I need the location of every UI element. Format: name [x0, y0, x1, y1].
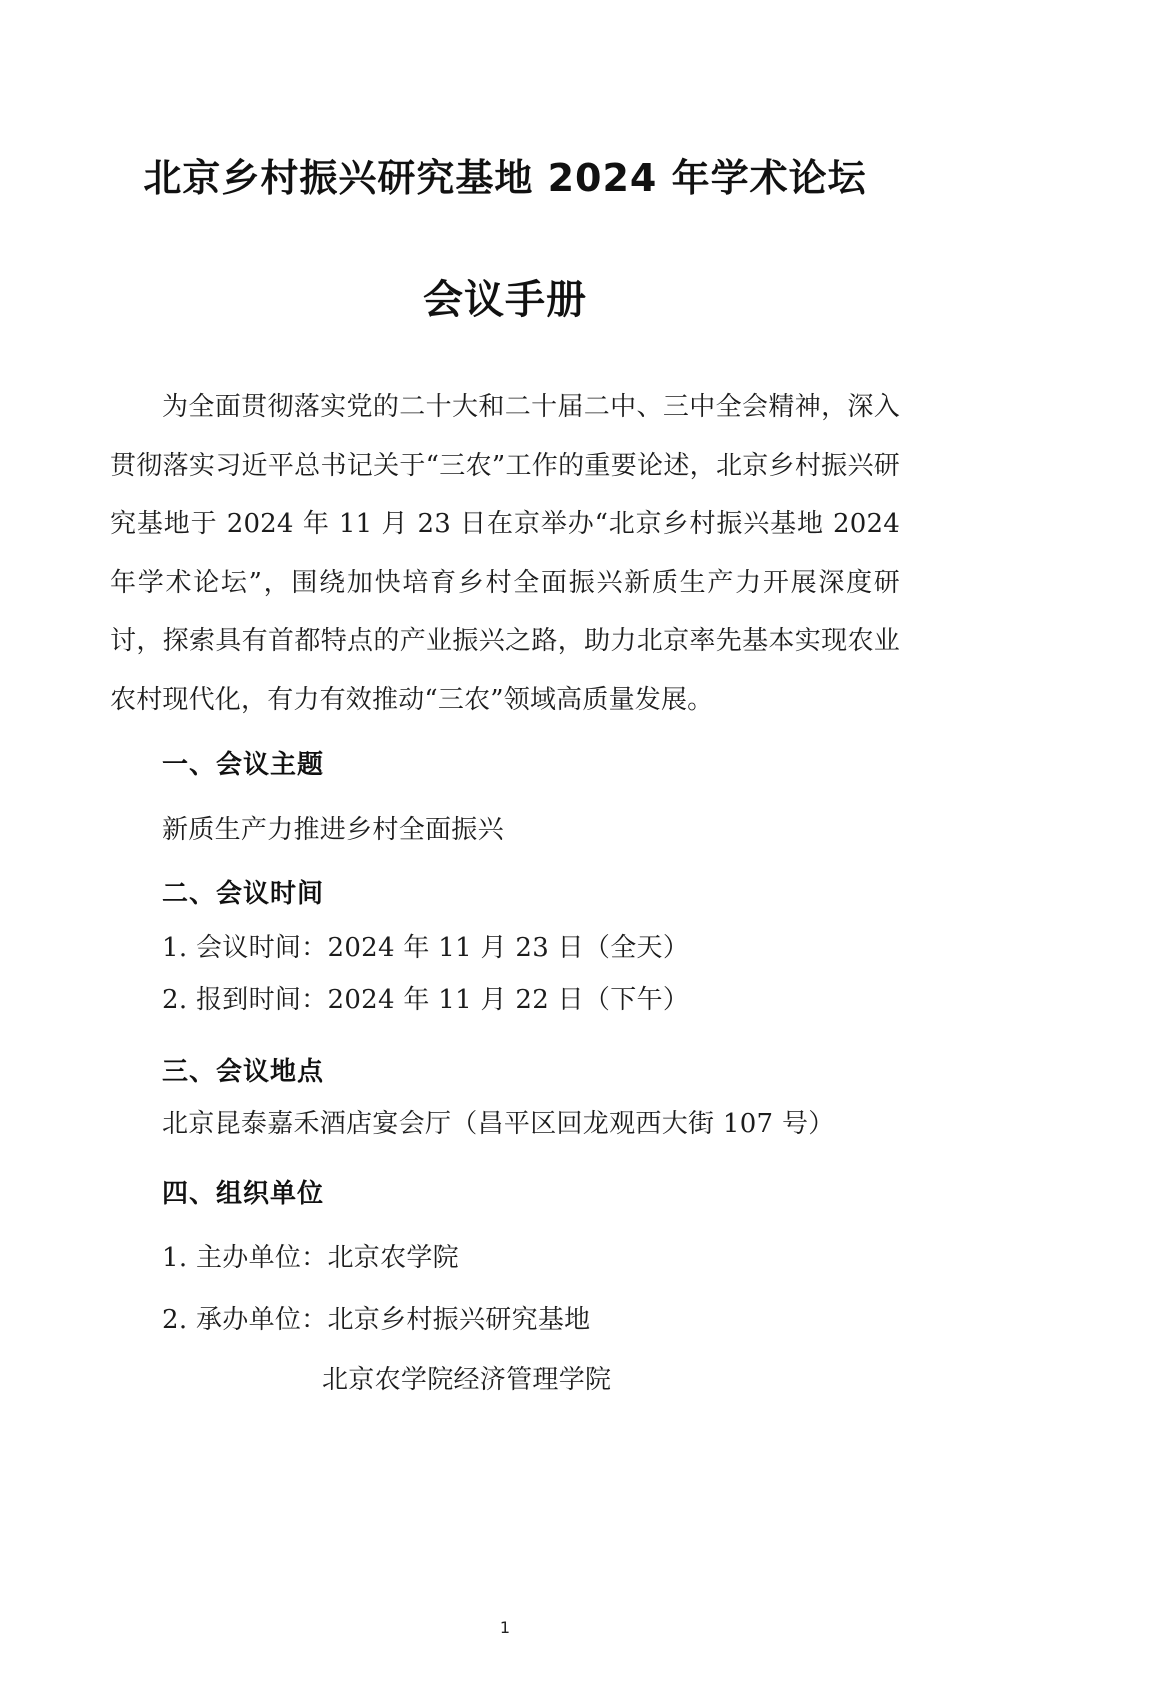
theme-text: 新质生产力推进乡村全面振兴 [162, 810, 504, 850]
section-heading-organizers: 四、组织单位 [162, 1174, 324, 1214]
host-organizer-line: 1. 主办单位：北京农学院 [162, 1238, 459, 1278]
document-subtitle: 会议手册 [0, 272, 1010, 328]
meeting-time-line: 1. 会议时间：2024 年 11 月 23 日（全天） [162, 928, 689, 968]
section-heading-theme: 一、会议主题 [162, 745, 324, 785]
section-heading-venue: 三、会议地点 [162, 1052, 324, 1092]
registration-time-line: 2. 报到时间：2024 年 11 月 22 日（下午） [162, 980, 689, 1020]
page-number: 1 [0, 1618, 1010, 1637]
co-organizer-line: 2. 承办单位：北京乡村振兴研究基地 [162, 1300, 590, 1340]
intro-paragraph: 为全面贯彻落实党的二十大和二十届二中、三中全会精神，深入贯彻落实习近平总书记关于… [110, 378, 900, 729]
co-organizer-line-continued: 北京农学院经济管理学院 [322, 1360, 611, 1400]
venue-text: 北京昆泰嘉禾酒店宴会厅（昌平区回龙观西大街 107 号） [162, 1104, 835, 1144]
document-title: 北京乡村振兴研究基地 2024 年学术论坛 [0, 150, 1010, 206]
document-page: 北京乡村振兴研究基地 2024 年学术论坛 会议手册 为全面贯彻落实党的二十大和… [0, 0, 1150, 1707]
section-heading-time: 二、会议时间 [162, 874, 324, 914]
